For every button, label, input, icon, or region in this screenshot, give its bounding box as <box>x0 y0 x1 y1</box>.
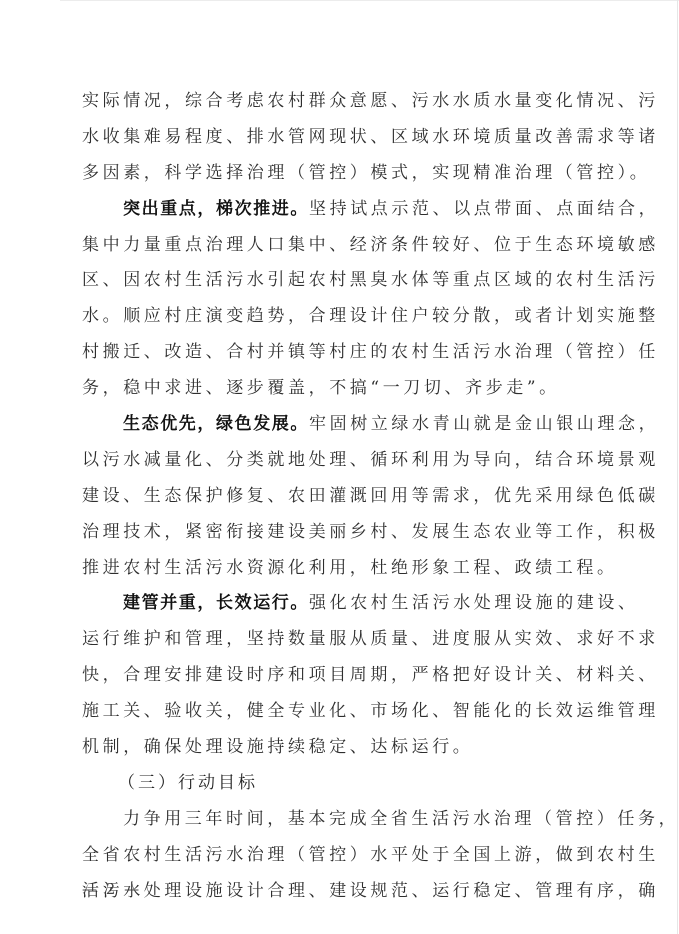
text-line: 运行维护和管理，坚持数量服从质量、进度服从实效、求好不求 <box>82 627 602 663</box>
section-heading: （三）行动目标 <box>82 771 602 807</box>
document-body: 实际情况，综合考虑农村群众意愿、污水水质水量变化情况、污 水收集难易程度、排水管… <box>82 89 602 914</box>
text-line: 区、因农村生活污水引起农村黑臭水体等重点区域的农村生活污 <box>82 268 602 304</box>
paragraph-lead-line: 建管并重，长效运行。强化农村生活污水处理设施的建设、 <box>82 591 602 627</box>
paragraph-lead-line: 生态优先，绿色发展。牢固树立绿水青山就是金山银山理念， <box>82 412 602 448</box>
text-line: 活污水处理设施设计合理、建设规范、运行稳定、管理有序，确 <box>82 879 602 915</box>
text-line: 施工关、验收关，健全专业化、市场化、智能化的长效运维管理 <box>82 699 602 735</box>
text-line: 多因素，科学选择治理（管控）模式，实现精准治理（管控）。 <box>82 161 602 197</box>
paragraph-first-line: 力争用三年时间，基本完成全省生活污水治理（管控）任务， <box>82 807 602 843</box>
text-line: 建设、生态保护修复、农田灌溉回用等需求，优先采用绿色低碳 <box>82 484 602 520</box>
text-line: 快，合理安排建设时序和项目周期，严格把好设计关、材料关、 <box>82 663 602 699</box>
page-right-edge <box>677 0 678 934</box>
paragraph-lead-bold: 生态优先，绿色发展。 <box>123 414 309 434</box>
text-line: 全省农村生活污水治理（管控）水平处于全国上游，做到农村生 <box>82 843 602 879</box>
text-line: 治理技术，紧密衔接建设美丽乡村、发展生态农业等工作，积极 <box>82 520 602 556</box>
text-line: 推进农村生活污水资源化利用，杜绝形象工程、政绩工程。 <box>82 556 602 592</box>
text-line: 以污水减量化、分类就地处理、循环利用为导向，结合环境景观 <box>82 448 602 484</box>
text-line: 水收集难易程度、排水管网现状、区域水环境质量改善需求等诸 <box>82 125 602 161</box>
text-line: 实际情况，综合考虑农村群众意愿、污水水质水量变化情况、污 <box>82 89 602 125</box>
paragraph-lead-rest: 坚持试点示范、以点带面、点面结合， <box>309 199 659 219</box>
paragraph-lead-line: 突出重点，梯次推进。坚持试点示范、以点带面、点面结合， <box>82 197 602 233</box>
paragraph-lead-rest: 牢固树立绿水青山就是金山银山理念， <box>309 414 659 434</box>
page-top-edge <box>60 0 679 1</box>
text-line: 水。顺应村庄演变趋势，合理设计住户较分散，或者计划实施整 <box>82 304 602 340</box>
paragraph-lead-bold: 突出重点，梯次推进。 <box>123 199 309 219</box>
page-number: — 2 — <box>82 880 141 898</box>
text-line: 机制，确保处理设施持续稳定、达标运行。 <box>82 735 602 771</box>
paragraph-lead-bold: 建管并重，长效运行。 <box>123 593 309 613</box>
text-line: 村搬迁、改造、合村并镇等村庄的农村生活污水治理（管控）任 <box>82 340 602 376</box>
paragraph-lead-rest: 强化农村生活污水处理设施的建设、 <box>309 593 639 613</box>
text-line: 集中力量重点治理人口集中、经济条件较好、位于生态环境敏感 <box>82 233 602 269</box>
text-line: 务，稳中求进、逐步覆盖，不搞“一刀切、齐步走”。 <box>82 376 602 412</box>
